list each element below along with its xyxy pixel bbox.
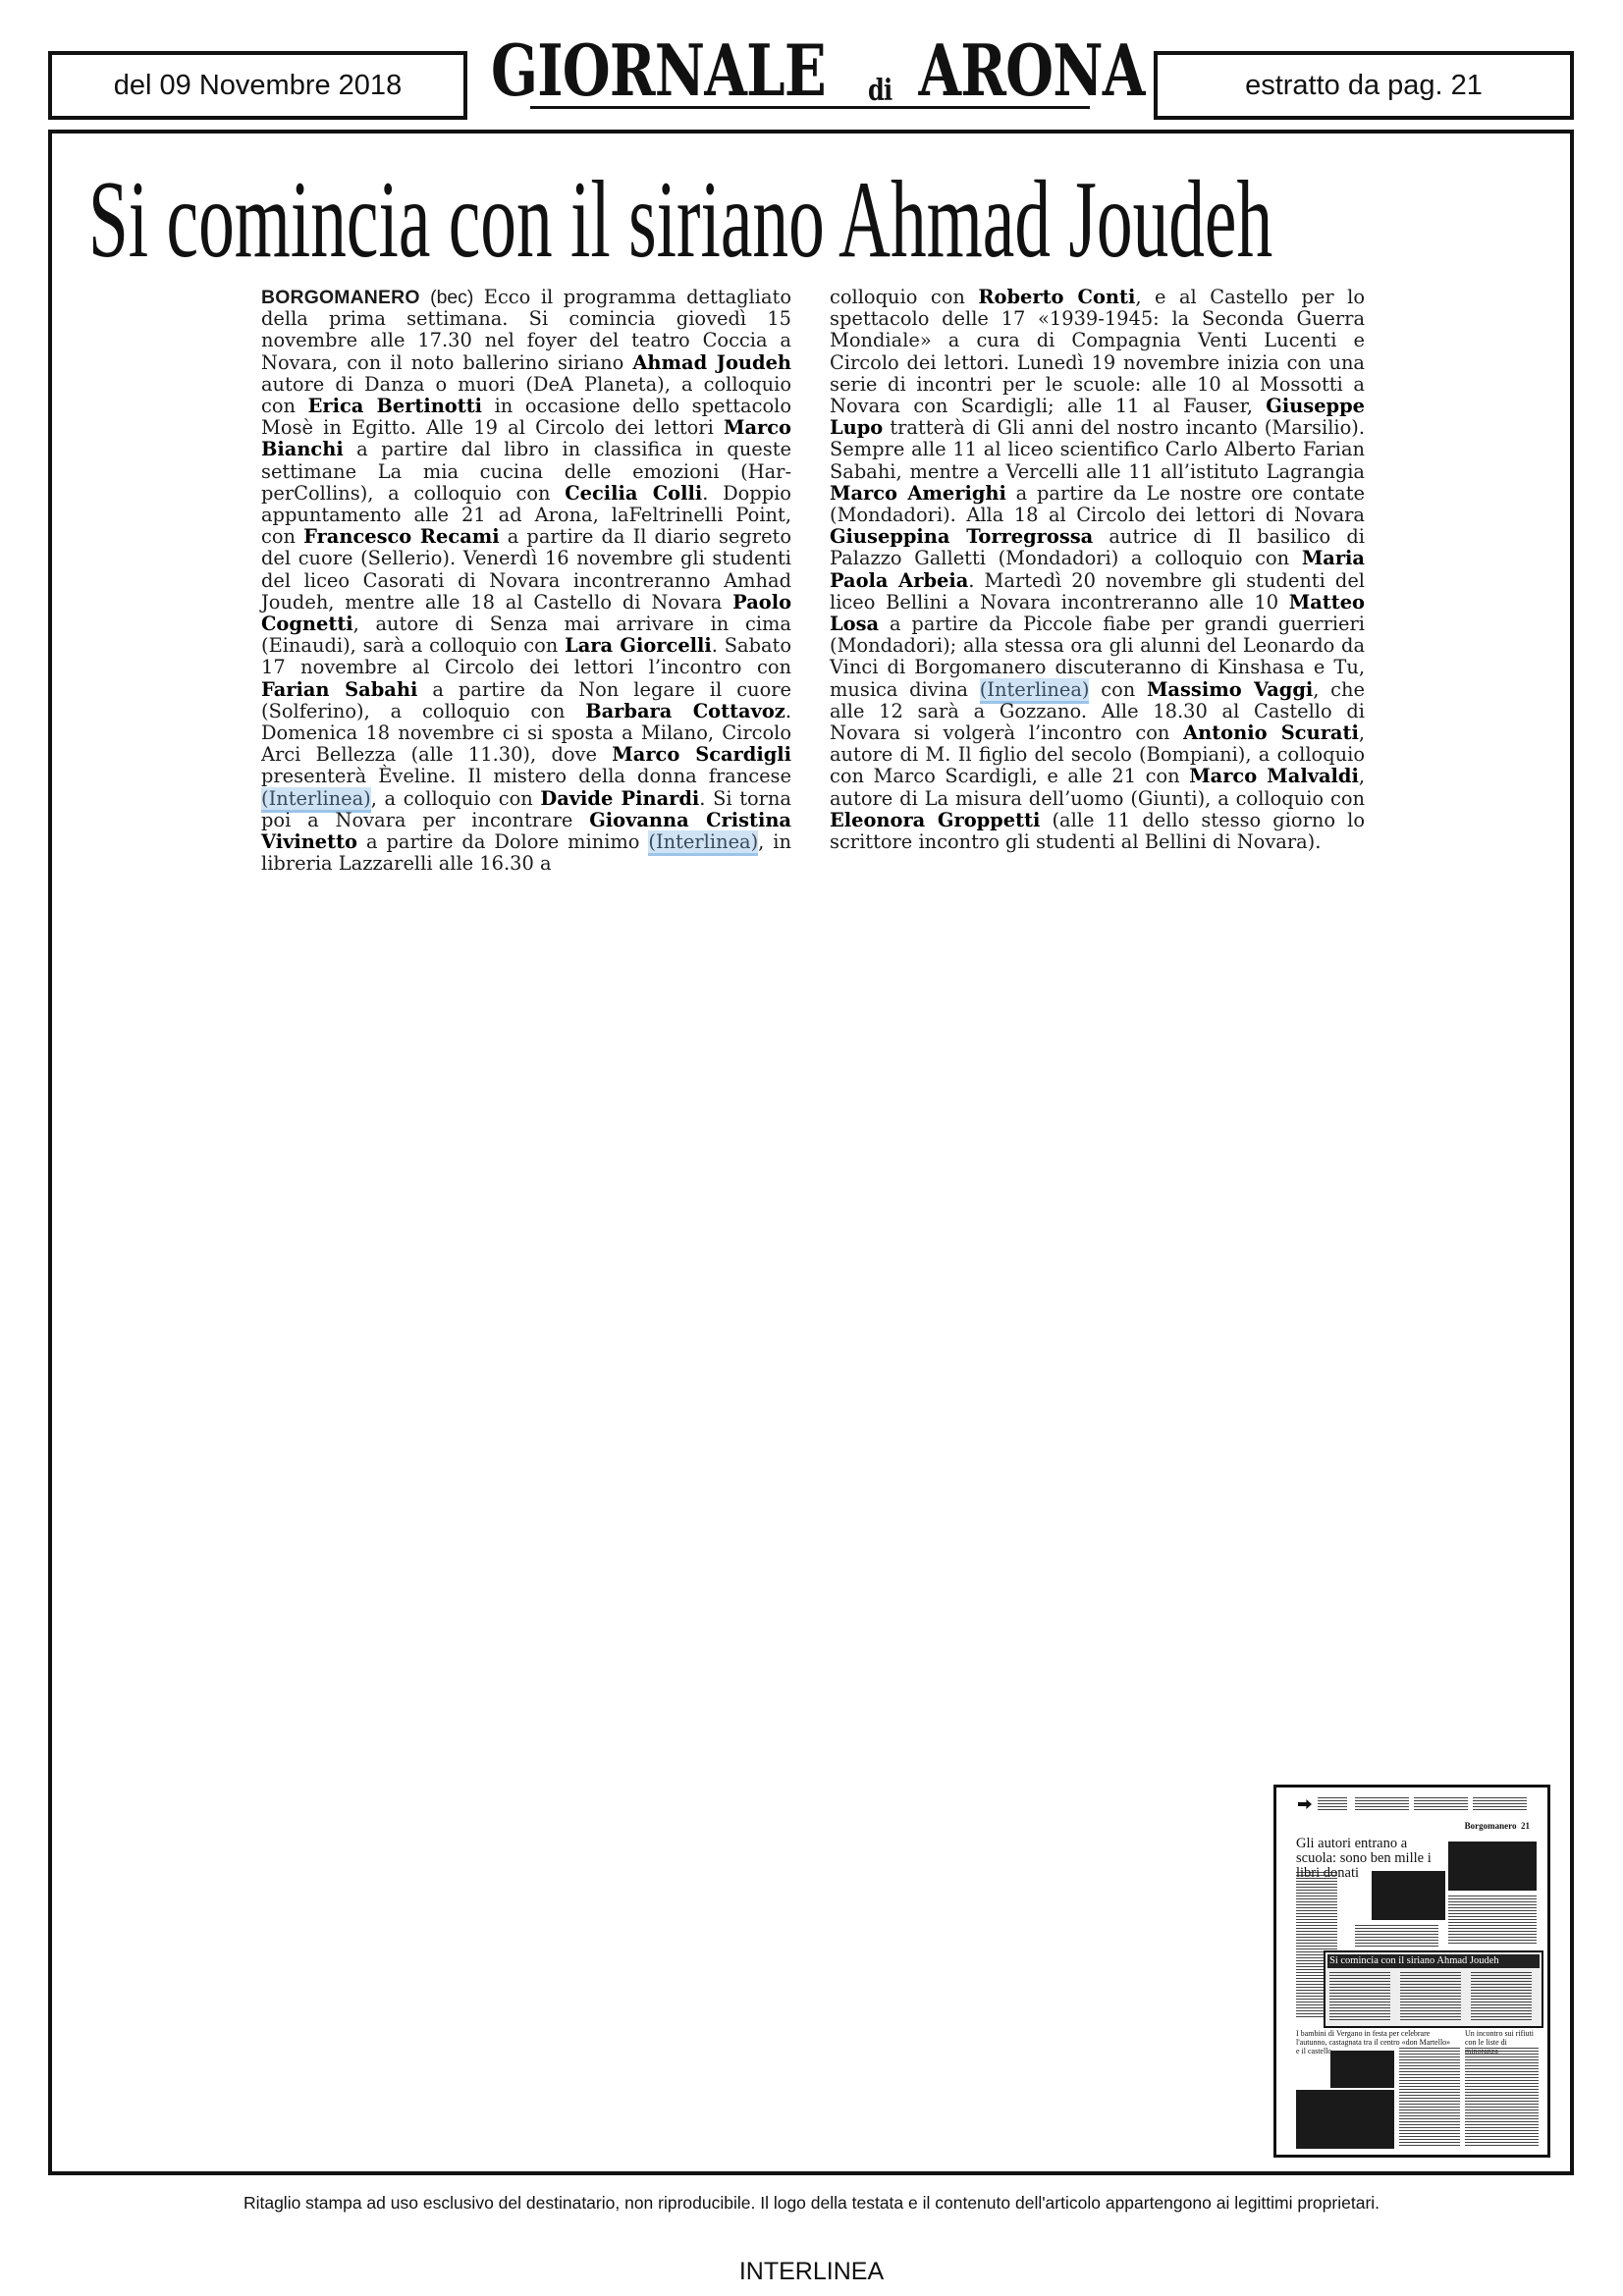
article-text: presenterà Ève­line. Il mistero della do… <box>261 765 791 787</box>
copyright-disclaimer: Ritaglio stampa ad uso esclusivo del des… <box>0 2193 1623 2214</box>
thumbnail-section-name: Borgomanero <box>1465 1821 1517 1831</box>
person-name: Lara Giorcelli <box>565 634 712 657</box>
article-text: a partire da Dolore minimo <box>357 830 648 853</box>
thumbnail-text-block <box>1399 2048 1460 2146</box>
person-name: Ahmad Joudeh <box>632 351 791 374</box>
thumbnail-text-block <box>1471 1972 1532 2021</box>
person-name: Roberto Conti <box>978 286 1135 308</box>
person-name: Farian Sabahi <box>261 678 417 701</box>
thumbnail-boxed-article: Si comincia con il siriano Ahmad Joudeh <box>1324 1950 1543 2028</box>
article-text: colloquio con <box>830 286 978 308</box>
person-name: Davide Pinardi <box>540 787 699 810</box>
person-name: Eleonora Groppetti <box>830 809 1040 831</box>
thumbnail-text-block <box>1448 1896 1537 1945</box>
person-name: Barbara Cottavoz <box>585 700 785 722</box>
person-name: Massimo Vaggi <box>1147 678 1313 701</box>
thumbnail-text-block <box>1473 1797 1527 1811</box>
article-column-1: BORGOMANERO (bec) Ecco il programma det­… <box>261 287 791 875</box>
person-name: Marco Scardigli <box>612 743 791 766</box>
thumbnail-photo <box>1330 2051 1394 2088</box>
thumbnail-top-strip <box>1296 1795 1537 1817</box>
thumbnail-text-block <box>1414 1797 1468 1811</box>
thumbnail-photo <box>1448 1842 1537 1891</box>
person-name: Francesco Recami <box>303 525 500 548</box>
person-name: Marco Amerighi <box>830 482 1006 505</box>
thumbnail-page-number: 21 <box>1521 1821 1530 1831</box>
thumbnail-text-block <box>1355 1925 1438 1947</box>
client-name: INTERLINEA <box>0 2258 1623 2286</box>
thumbnail-section: Borgomanero 21 <box>1465 1821 1530 1831</box>
person-name: Erica Bertinotti <box>308 395 482 417</box>
thumbnail-boxed-title: Si comincia con il siriano Ahmad Joudeh <box>1327 1954 1540 1968</box>
article-text: tratterà di Gli anni del nostro incanto … <box>830 416 1365 482</box>
page-label: estratto da pag. 21 <box>1245 70 1483 102</box>
publisher-highlight: (In­terlinea) <box>648 830 758 856</box>
masthead-part2: di <box>868 77 892 106</box>
article-byline: (bec) <box>430 287 473 308</box>
masthead-logo: GIORNALE di ARONA <box>530 27 1090 109</box>
person-name: Giuseppina Tor­regrossa <box>830 525 1093 548</box>
person-name: Antonio Scurati <box>1183 721 1359 744</box>
article-text: con <box>1089 678 1146 701</box>
article-dateline: BORGOMANERO <box>261 287 420 308</box>
article-text: , a colloquio con <box>371 787 541 810</box>
date-box: del 09 Novembre 2018 <box>48 51 467 120</box>
thumbnail-text-block <box>1400 1972 1461 2021</box>
masthead-part3: ARONA <box>919 35 1145 106</box>
thumbnail-photo <box>1372 1871 1445 1920</box>
person-name: Cecilia Colli <box>565 482 702 505</box>
arrow-right-icon <box>1298 1799 1312 1809</box>
thumbnail-text-block <box>1355 1797 1409 1811</box>
date-label: del 09 Novembre 2018 <box>114 70 402 102</box>
article-column-2: colloquio con Roberto Conti, e al Castel… <box>830 287 1365 853</box>
thumbnail-photo <box>1296 2090 1394 2149</box>
thumbnail-text-block <box>1318 1797 1347 1811</box>
thumbnail-text-block <box>1329 1972 1390 2021</box>
page-box: estratto da pag. 21 <box>1154 51 1574 120</box>
thumbnail-text-block <box>1465 2048 1539 2146</box>
masthead-part1: GIORNALE <box>491 35 826 106</box>
article-headline: Si comincia con il siriano Ahmad Joudeh <box>88 165 1040 283</box>
page-thumbnail: Borgomanero 21 Gli autori entrano a scuo… <box>1273 1785 1550 2158</box>
person-name: Marco Malvaldi <box>1189 765 1359 787</box>
